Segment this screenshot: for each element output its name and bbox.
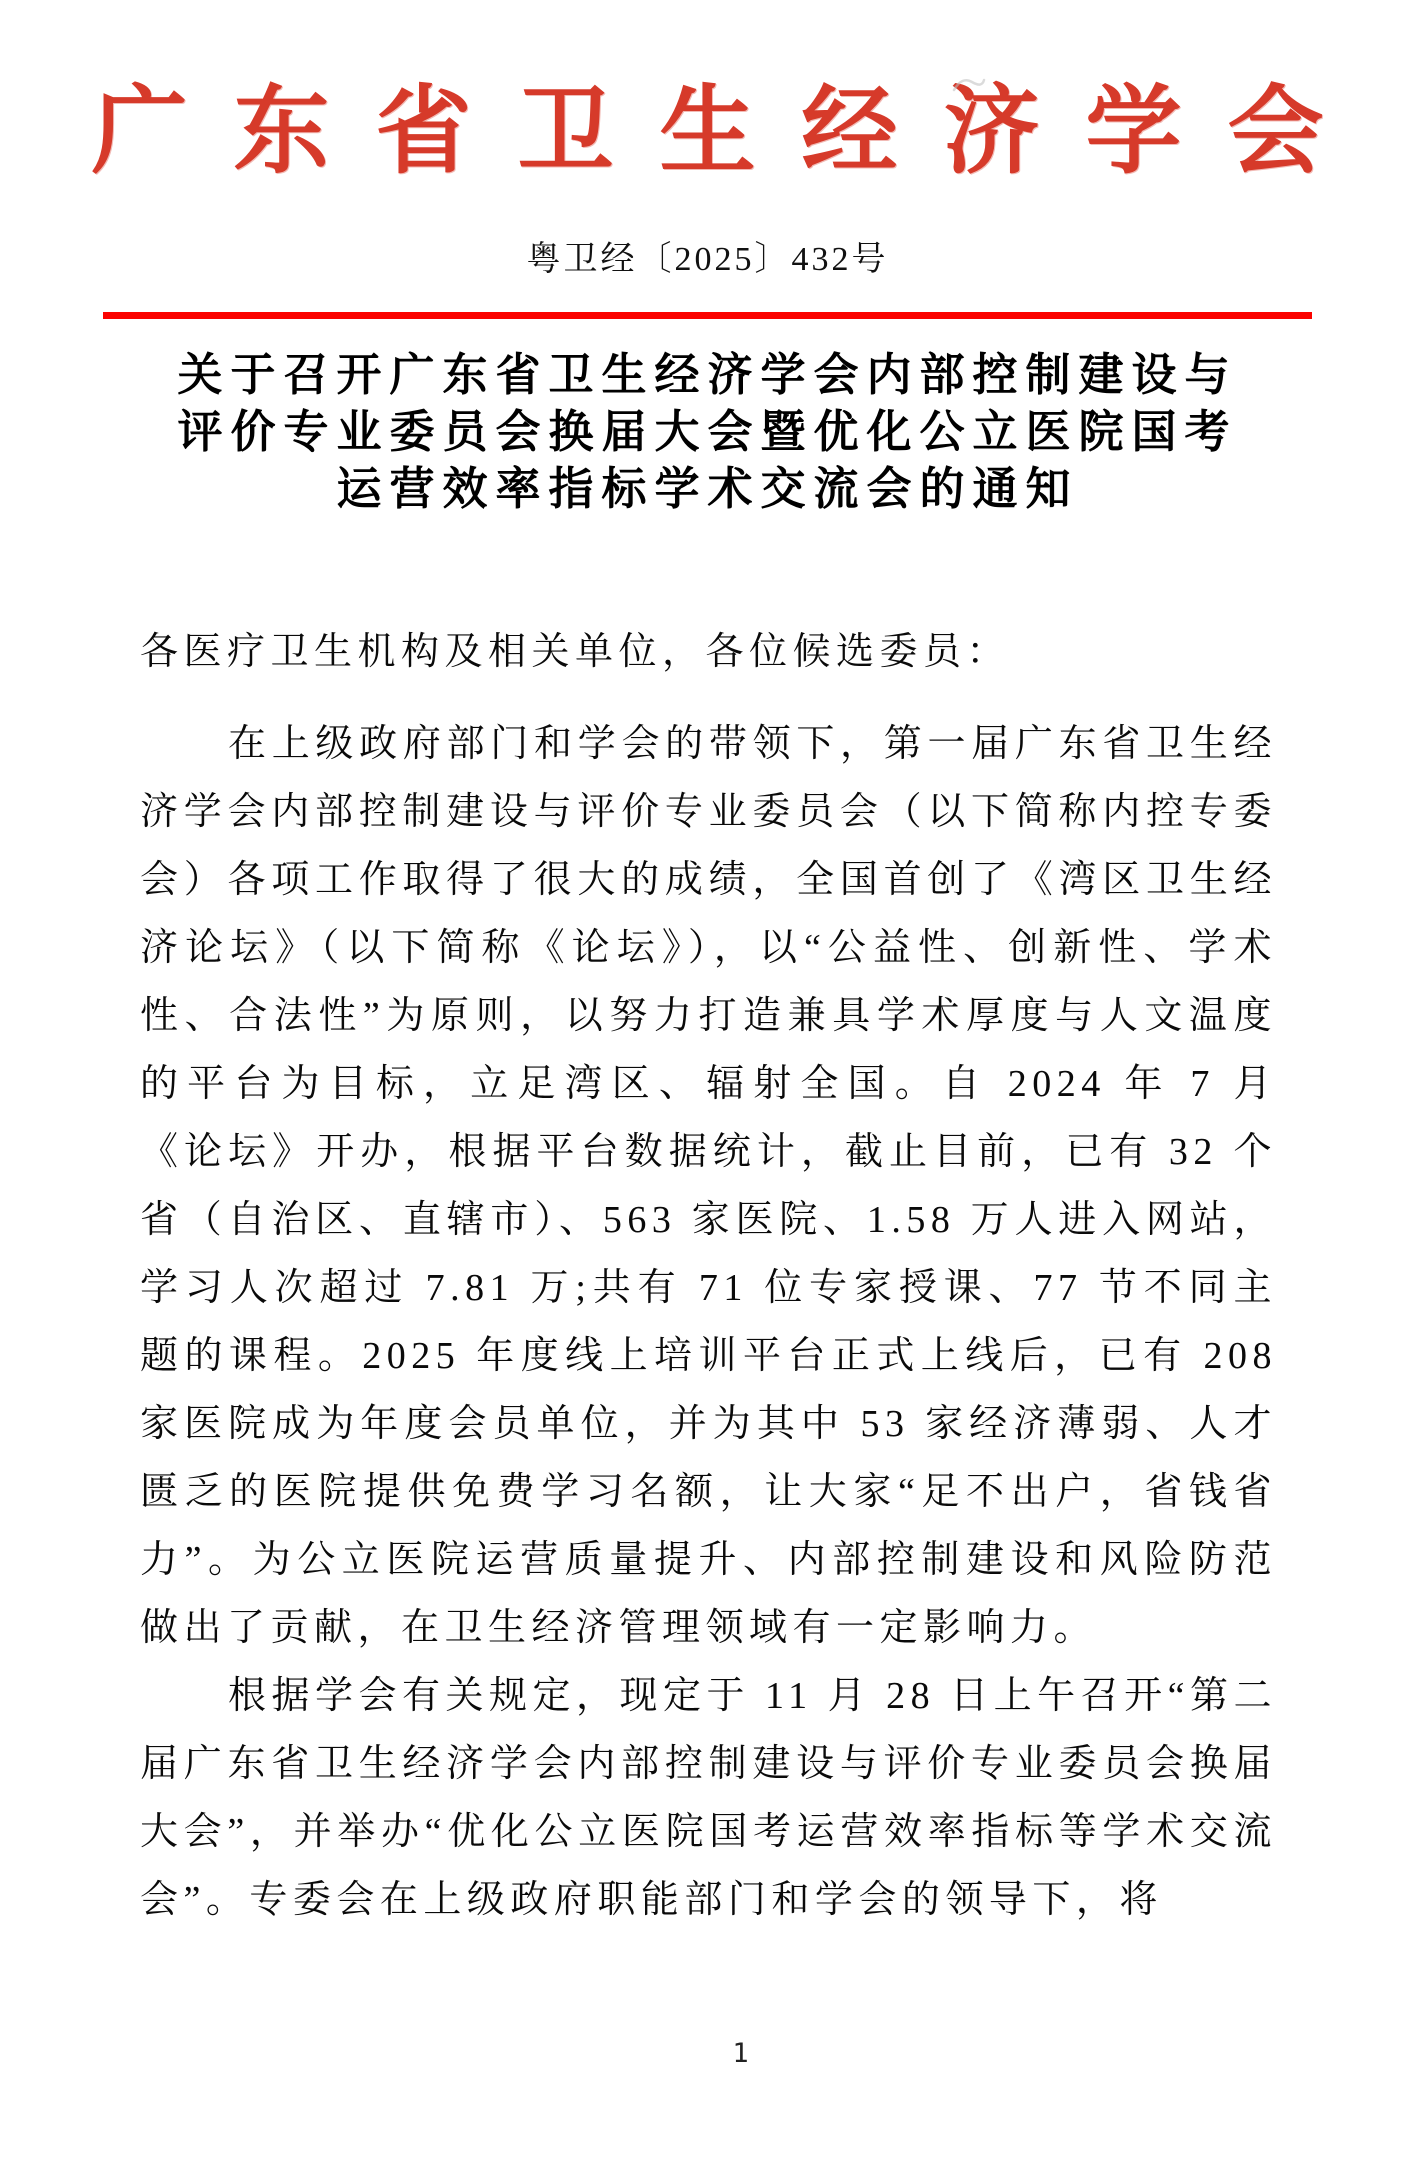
title-line-3: 运营效率指标学术交流会的通知 — [0, 461, 1415, 518]
document-body: 各医疗卫生机构及相关单位，各位候选委员： 在上级政府部门和学会的带领下，第一届广… — [140, 618, 1277, 1934]
document-title: 关于召开广东省卫生经济学会内部控制建设与 评价专业委员会换届大会暨优化公立医院国… — [0, 347, 1415, 518]
red-divider-rule — [103, 312, 1312, 319]
org-letterhead: 广东省卫生经济学会 — [0, 76, 1415, 188]
document-number: 粤卫经〔2025〕432号 — [0, 240, 1415, 280]
title-line-2: 评价专业委员会换届大会暨优化公立医院国考 — [0, 404, 1415, 461]
body-paragraph-2: 根据学会有关规定，现定于 11 月 28 日上午召开“第二届广东省卫生经济学会内… — [140, 1662, 1277, 1934]
salutation-line: 各医疗卫生机构及相关单位，各位候选委员： — [140, 618, 1277, 686]
document-page: 广东省卫生经济学会 粤卫经〔2025〕432号 关于召开广东省卫生经济学会内部控… — [0, 0, 1415, 2157]
page-number: 1 — [732, 2038, 748, 2069]
scan-artifact-mark — [952, 72, 986, 98]
body-paragraph-1: 在上级政府部门和学会的带领下，第一届广东省卫生经济学会内部控制建设与评价专业委员… — [140, 710, 1277, 1662]
title-line-1: 关于召开广东省卫生经济学会内部控制建设与 — [0, 347, 1415, 404]
